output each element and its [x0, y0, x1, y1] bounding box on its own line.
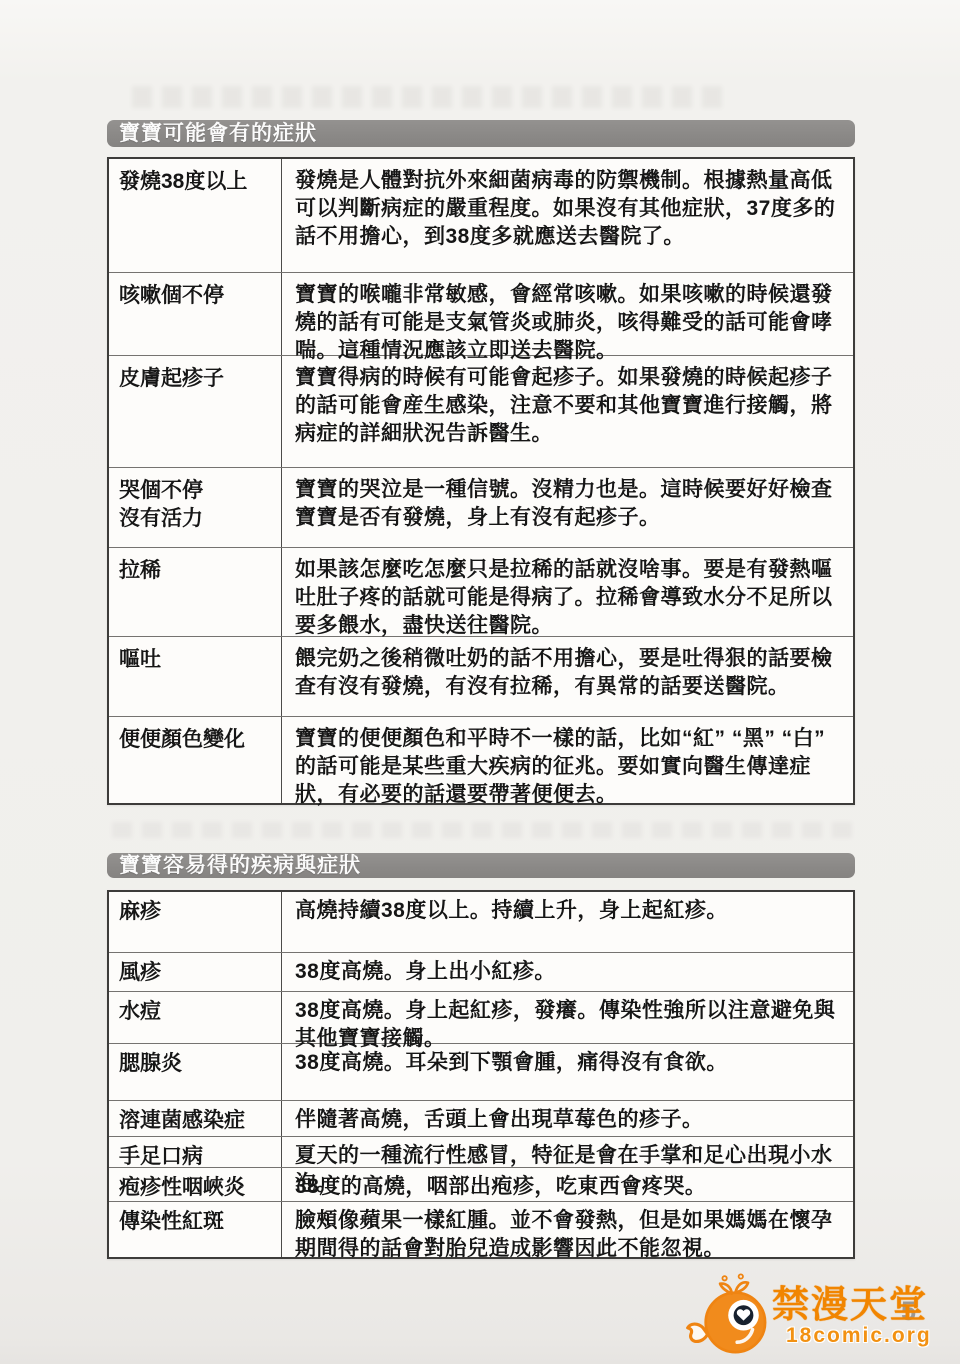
table-row: 腮腺炎 38度高燒。耳朵到下顎會腫，痛得沒有食欲。: [109, 1043, 853, 1100]
symptoms-table: 發燒38度以上 發燒是人體對抗外來細菌病毒的防禦機制。根據熱量高低可以判斷病症的…: [107, 157, 855, 805]
disease-name-cell: 疱疹性咽峽炎: [109, 1168, 281, 1201]
bleedthrough-band: [132, 86, 732, 108]
table-row: 疱疹性咽峽炎 38度的高燒，咽部出疱疹，吃東西會疼哭。: [109, 1167, 853, 1201]
symptom-description: 寶寶的哭泣是一種信號。沒精力也是。這時候要好好檢查寶寶是否有發燒，身上有沒有起疹…: [281, 468, 853, 547]
table-row: 手足口病 夏天的一種流行性感冒，特征是會在手掌和足心出現小水泡。: [109, 1136, 853, 1167]
disease-label: 水痘: [119, 998, 277, 1026]
disease-name-cell: 風疹: [109, 953, 281, 991]
symptom-label-line2: 沒有活力: [119, 505, 277, 533]
symptom-name-cell: 便便顏色變化: [109, 717, 281, 803]
symptom-description: 寶寶的便便顏色和平時不一樣的話，比如“紅” “黑” “白” 的話可能是某些重大疾…: [281, 717, 853, 803]
symptom-name-cell: 嘔吐: [109, 637, 281, 716]
symptom-name-cell: 拉稀: [109, 548, 281, 636]
disease-label: 麻疹: [119, 898, 277, 926]
symptom-description: 餵完奶之後稍微吐奶的話不用擔心，要是吐得狠的話要檢查有沒有發燒，有沒有拉稀，有異…: [281, 637, 853, 716]
watermark-site-url: 18comic.org: [772, 1325, 932, 1347]
table-row: 風疹 38度高燒。身上出小紅疹。: [109, 952, 853, 991]
table-row: 溶連菌感染症 伴隨著高燒，舌頭上會出現草莓色的疹子。: [109, 1100, 853, 1136]
table-row: 水痘 38度高燒。身上起紅疹，發癢。傳染性強所以注意避免與其他寶寶接觸。: [109, 991, 853, 1043]
table-row: 咳嗽個不停 寶寶的喉嚨非常敏感，會經常咳嗽。如果咳嗽的時候還發燒的話有可能是支氣…: [109, 272, 853, 355]
disease-name-cell: 手足口病: [109, 1137, 281, 1167]
symptom-name-cell: 咳嗽個不停: [109, 273, 281, 355]
disease-label: 風疹: [119, 959, 277, 987]
symptom-label: 拉稀: [119, 557, 277, 585]
disease-description: 高燒持續38度以上。持續上升，身上起紅疹。: [281, 892, 853, 952]
disease-label: 腮腺炎: [119, 1050, 277, 1078]
symptom-name-cell: 皮膚起疹子: [109, 356, 281, 467]
symptom-label: 發燒38度以上: [119, 168, 277, 196]
watermark-site-name: 禁漫天堂: [772, 1287, 932, 1323]
whale-heart-mascot-icon: [684, 1272, 776, 1362]
disease-name-cell: 腮腺炎: [109, 1044, 281, 1100]
symptom-label: 咳嗽個不停: [119, 282, 277, 310]
symptom-label: 嘔吐: [119, 646, 277, 674]
disease-label: 手足口病: [119, 1143, 277, 1171]
diseases-table: 麻疹 高燒持續38度以上。持續上升，身上起紅疹。 風疹 38度高燒。身上出小紅疹…: [107, 890, 855, 1259]
disease-label: 溶連菌感染症: [119, 1107, 277, 1135]
disease-description: 38度高燒。耳朵到下顎會腫，痛得沒有食欲。: [281, 1044, 853, 1100]
symptom-name-cell: 發燒38度以上: [109, 159, 281, 272]
symptom-description: 發燒是人體對抗外來細菌病毒的防禦機制。根據熱量高低可以判斷病症的嚴重程度。如果沒…: [281, 159, 853, 272]
section-title-common-diseases: 寶寶容易得的疾病與症狀: [107, 853, 855, 878]
table-row: 皮膚起疹子 寶寶得病的時候有可能會起疹子。如果發燒的時候起疹子的話可能會産生感染…: [109, 355, 853, 467]
table-row: 傳染性紅斑 臉頰像蘋果一樣紅腫。並不會發熱，但是如果媽媽在懷孕期間得的話會對胎兒…: [109, 1201, 853, 1257]
table-row: 發燒38度以上 發燒是人體對抗外來細菌病毒的防禦機制。根據熱量高低可以判斷病症的…: [109, 159, 853, 272]
symptom-label: 皮膚起疹子: [119, 365, 277, 393]
disease-description: 伴隨著高燒，舌頭上會出現草莓色的疹子。: [281, 1101, 853, 1136]
watermark-logo: 禁漫天堂 18comic.org: [684, 1272, 924, 1362]
symptom-label: 便便顏色變化: [119, 726, 277, 754]
disease-name-cell: 麻疹: [109, 892, 281, 952]
disease-description: 夏天的一種流行性感冒，特征是會在手掌和足心出現小水泡。: [281, 1137, 853, 1167]
watermark-text: 禁漫天堂 18comic.org: [772, 1287, 932, 1347]
disease-description: 38度的高燒，咽部出疱疹，吃東西會疼哭。: [281, 1168, 853, 1201]
disease-name-cell: 傳染性紅斑: [109, 1202, 281, 1257]
section-title-possible-symptoms: 寶寶可能會有的症狀: [107, 120, 855, 147]
disease-label: 傳染性紅斑: [119, 1208, 277, 1236]
bleedthrough-band: [112, 822, 852, 838]
disease-description: 38度高燒。身上起紅疹，發癢。傳染性強所以注意避免與其他寶寶接觸。: [281, 992, 853, 1043]
symptom-name-cell: 哭個不停 沒有活力: [109, 468, 281, 547]
table-row: 哭個不停 沒有活力 寶寶的哭泣是一種信號。沒精力也是。這時候要好好檢查寶寶是否有…: [109, 467, 853, 547]
symptom-description: 如果該怎麼吃怎麼只是拉稀的話就沒啥事。要是有發熱嘔吐肚子疼的話就可能是得病了。拉…: [281, 548, 853, 636]
disease-name-cell: 水痘: [109, 992, 281, 1043]
table-row: 拉稀 如果該怎麼吃怎麼只是拉稀的話就沒啥事。要是有發熱嘔吐肚子疼的話就可能是得病…: [109, 547, 853, 636]
symptom-label: 哭個不停: [119, 477, 277, 505]
disease-label: 疱疹性咽峽炎: [119, 1174, 277, 1202]
disease-name-cell: 溶連菌感染症: [109, 1101, 281, 1136]
table-row: 嘔吐 餵完奶之後稍微吐奶的話不用擔心，要是吐得狠的話要檢查有沒有發燒，有沒有拉稀…: [109, 636, 853, 716]
symptom-description: 寶寶得病的時候有可能會起疹子。如果發燒的時候起疹子的話可能會産生感染，注意不要和…: [281, 356, 853, 467]
disease-description: 38度高燒。身上出小紅疹。: [281, 953, 853, 991]
symptom-description: 寶寶的喉嚨非常敏感，會經常咳嗽。如果咳嗽的時候還發燒的話有可能是支氣管炎或肺炎，…: [281, 273, 853, 355]
table-row: 便便顏色變化 寶寶的便便顏色和平時不一樣的話，比如“紅” “黑” “白” 的話可…: [109, 716, 853, 803]
disease-description: 臉頰像蘋果一樣紅腫。並不會發熱，但是如果媽媽在懷孕期間得的話會對胎兒造成影響因此…: [281, 1202, 853, 1257]
table-row: 麻疹 高燒持續38度以上。持續上升，身上起紅疹。: [109, 892, 853, 952]
